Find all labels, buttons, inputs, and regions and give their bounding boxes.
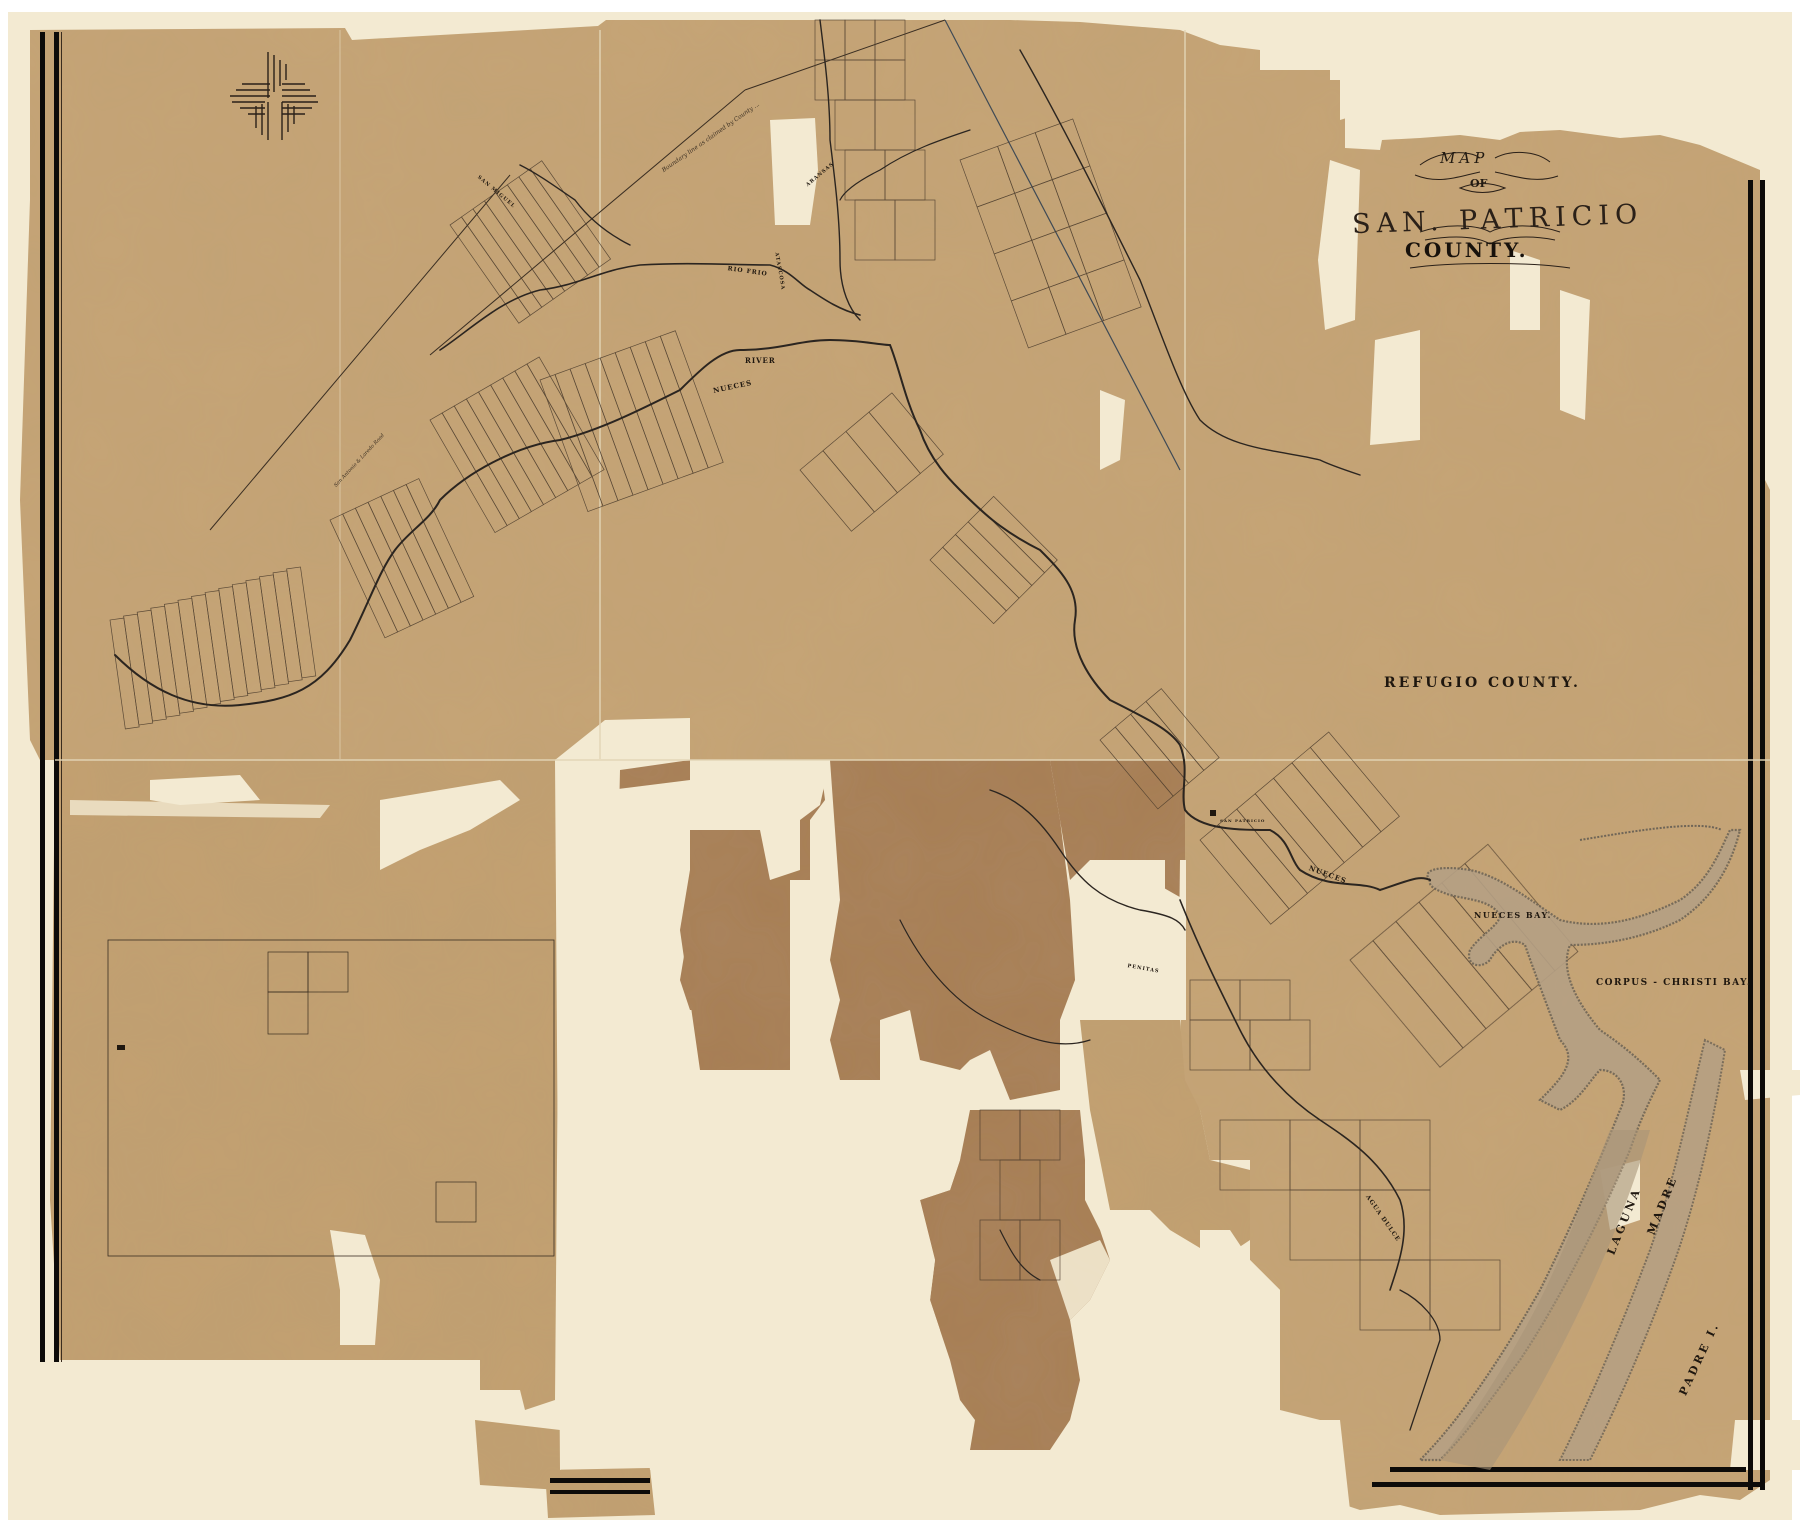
title-line-2: OF [1470, 177, 1487, 190]
san-patricio-town-marker [1210, 810, 1216, 816]
label-san-patricio-town: SAN PATRICIO [1220, 807, 1265, 826]
label-river: RIVER [745, 348, 776, 367]
map-sheet: MAP OF SAN. PATRICIO COUNTY. REFUGIO COU… [0, 0, 1800, 1530]
label-nueces-bay: NUECES BAY. [1474, 903, 1552, 922]
title-line-4: COUNTY. [1405, 238, 1529, 262]
map-title-county: COUNTY. [1405, 238, 1529, 262]
label-refugio-county: REFUGIO COUNTY. [1384, 672, 1581, 691]
map-title-map: MAP [1440, 148, 1488, 167]
label-corpus-christi-bay: CORPUS - CHRISTI BAY. [1596, 970, 1752, 989]
title-line-1: MAP [1440, 149, 1488, 167]
inset-marker [117, 1045, 125, 1050]
map-title-of: OF [1470, 172, 1487, 191]
